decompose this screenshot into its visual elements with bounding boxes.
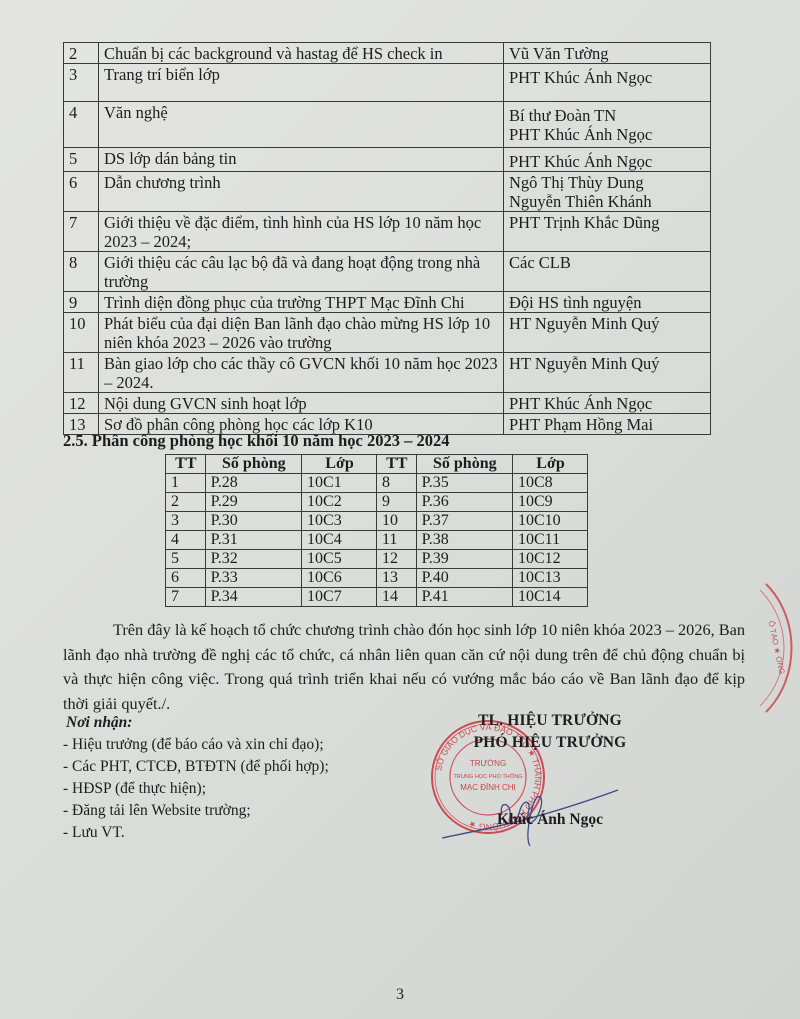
header-tt: TT xyxy=(376,455,416,474)
room-row: 3P.3010C310P.3710C10 xyxy=(166,512,588,531)
room-number: P.28 xyxy=(205,474,301,493)
task-owner: HT Nguyễn Minh Quý xyxy=(504,353,711,393)
room-tt: 6 xyxy=(166,569,206,588)
task-number: 5 xyxy=(64,148,99,172)
room-tt: 4 xyxy=(166,531,206,550)
recipients-title: Nơi nhận: xyxy=(63,712,329,734)
task-row: 11Bàn giao lớp cho các thầy cô GVCN khối… xyxy=(64,353,711,393)
owner-name: PHT Khúc Ánh Ngọc xyxy=(509,68,706,87)
task-description: Chuẩn bị các background và hastag để HS … xyxy=(99,43,504,64)
class-name: 10C2 xyxy=(302,493,377,512)
page-number: 3 xyxy=(396,986,404,1004)
room-row: 6P.3310C613P.4010C13 xyxy=(166,569,588,588)
task-row: 10Phát biểu của đại diện Ban lãnh đạo ch… xyxy=(64,313,711,353)
class-name: 10C13 xyxy=(513,569,588,588)
task-owner: PHT Phạm Hồng Mai xyxy=(504,414,711,435)
class-name: 10C3 xyxy=(302,512,377,531)
task-number: 4 xyxy=(64,102,99,148)
room-table-header-row: TT Số phòng Lớp TT Số phòng Lớp xyxy=(166,455,588,474)
task-row: 6Dẫn chương trìnhNgô Thị Thùy DungNguyễn… xyxy=(64,172,711,212)
room-row: 7P.3410C714P.4110C14 xyxy=(166,588,588,607)
room-number: P.32 xyxy=(205,550,301,569)
room-tt: 10 xyxy=(376,512,416,531)
task-row: 4Văn nghệBí thư Đoàn TNPHT Khúc Ánh Ngọc xyxy=(64,102,711,148)
owner-name: HT Nguyễn Minh Quý xyxy=(509,314,706,333)
signature-line1: TL. HIỆU TRƯỞNG xyxy=(445,710,655,732)
task-row: 2Chuẩn bị các background và hastag để HS… xyxy=(64,43,711,64)
task-row: 12Nội dung GVCN sinh hoạt lớpPHT Khúc Án… xyxy=(64,393,711,414)
task-description: Dẫn chương trình xyxy=(99,172,504,212)
document-page: 2Chuẩn bị các background và hastag để HS… xyxy=(0,0,800,1019)
owner-name: Đội HS tình nguyện xyxy=(509,293,706,312)
task-owner: PHT Khúc Ánh Ngọc xyxy=(504,393,711,414)
class-name: 10C4 xyxy=(302,531,377,550)
class-name: 10C5 xyxy=(302,550,377,569)
recipient-item: - Các PHT, CTCĐ, BTĐTN (để phối hợp); xyxy=(63,756,329,778)
room-number: P.38 xyxy=(416,531,512,550)
signer-name: Khúc Ánh Ngọc xyxy=(445,811,655,829)
task-description: Phát biểu của đại diện Ban lãnh đạo chào… xyxy=(99,313,504,353)
room-tt: 1 xyxy=(166,474,206,493)
room-row: 4P.3110C411P.3810C11 xyxy=(166,531,588,550)
task-owner: PHT Khúc Ánh Ngọc xyxy=(504,148,711,172)
class-name: 10C6 xyxy=(302,569,377,588)
section-heading: 2.5. Phân công phòng học khối 10 năm học… xyxy=(63,431,449,451)
room-tt: 5 xyxy=(166,550,206,569)
owner-name: Bí thư Đoàn TN xyxy=(509,106,706,125)
svg-text:Ô TẠO ★ ÒNG: Ô TẠO ★ ÒNG xyxy=(766,620,786,675)
task-owner: Các CLB xyxy=(504,252,711,292)
room-tt: 2 xyxy=(166,493,206,512)
recipient-item: - Đăng tải lên Website trường; xyxy=(63,800,329,822)
task-row: 8Giới thiệu các câu lạc bộ đã và đang ho… xyxy=(64,252,711,292)
task-description: Giới thiệu về đặc điểm, tình hình của HS… xyxy=(99,212,504,252)
room-number: P.41 xyxy=(416,588,512,607)
owner-name: Vũ Văn Tường xyxy=(509,44,706,63)
recipients-list: - Hiệu trưởng (để báo cáo và xin chỉ đạo… xyxy=(63,734,329,844)
task-owner: HT Nguyễn Minh Quý xyxy=(504,313,711,353)
owner-name: PHT Khúc Ánh Ngọc xyxy=(509,152,706,171)
task-number: 12 xyxy=(64,393,99,414)
owner-name: PHT Trịnh Khắc Dũng xyxy=(509,213,706,232)
room-number: P.40 xyxy=(416,569,512,588)
task-number: 9 xyxy=(64,292,99,313)
owner-name: Các CLB xyxy=(509,253,706,272)
task-number: 10 xyxy=(64,313,99,353)
task-description: Nội dung GVCN sinh hoạt lớp xyxy=(99,393,504,414)
closing-paragraph: Trên đây là kế hoạch tổ chức chương trìn… xyxy=(63,618,745,716)
task-number: 3 xyxy=(64,64,99,102)
page-edge-seal-icon: Ô TẠO ★ ÒNG xyxy=(756,578,800,718)
header-tt: TT xyxy=(166,455,206,474)
task-description: Trang trí biển lớp xyxy=(99,64,504,102)
class-name: 10C12 xyxy=(513,550,588,569)
class-name: 10C7 xyxy=(302,588,377,607)
header-class: Lớp xyxy=(513,455,588,474)
owner-name: HT Nguyễn Minh Quý xyxy=(509,354,706,373)
class-name: 10C1 xyxy=(302,474,377,493)
task-owner: Vũ Văn Tường xyxy=(504,43,711,64)
class-name: 10C9 xyxy=(513,493,588,512)
signature-line2: PHÓ HIỆU TRƯỞNG xyxy=(445,732,655,754)
room-tt: 9 xyxy=(376,493,416,512)
owner-name: Ngô Thị Thùy Dung xyxy=(509,173,706,192)
class-name: 10C8 xyxy=(513,474,588,493)
task-owner: Bí thư Đoàn TNPHT Khúc Ánh Ngọc xyxy=(504,102,711,148)
room-row: 1P.2810C18P.3510C8 xyxy=(166,474,588,493)
room-tt: 14 xyxy=(376,588,416,607)
room-tt: 3 xyxy=(166,512,206,531)
room-assignment-table: TT Số phòng Lớp TT Số phòng Lớp 1P.2810C… xyxy=(165,454,588,607)
task-number: 2 xyxy=(64,43,99,64)
room-number: P.35 xyxy=(416,474,512,493)
closing-text: Trên đây là kế hoạch tổ chức chương trìn… xyxy=(63,620,745,713)
room-tt: 12 xyxy=(376,550,416,569)
task-owner: Ngô Thị Thùy DungNguyễn Thiên Khánh xyxy=(504,172,711,212)
room-number: P.34 xyxy=(205,588,301,607)
room-tt: 13 xyxy=(376,569,416,588)
room-tt: 7 xyxy=(166,588,206,607)
room-number: P.37 xyxy=(416,512,512,531)
header-class: Lớp xyxy=(302,455,377,474)
task-number: 11 xyxy=(64,353,99,393)
room-number: P.29 xyxy=(205,493,301,512)
room-row: 5P.3210C512P.3910C12 xyxy=(166,550,588,569)
task-description: Giới thiệu các câu lạc bộ đã và đang hoạ… xyxy=(99,252,504,292)
task-number: 6 xyxy=(64,172,99,212)
task-row: 5DS lớp dán bảng tinPHT Khúc Ánh Ngọc xyxy=(64,148,711,172)
signature-block: TL. HIỆU TRƯỞNG PHÓ HIỆU TRƯỞNG Khúc Ánh… xyxy=(445,710,655,829)
room-number: P.33 xyxy=(205,569,301,588)
task-row: 3Trang trí biển lớpPHT Khúc Ánh Ngọc xyxy=(64,64,711,102)
header-room: Số phòng xyxy=(205,455,301,474)
recipient-item: - HĐSP (để thực hiện); xyxy=(63,778,329,800)
task-description: Trình diện đồng phục của trường THPT Mạc… xyxy=(99,292,504,313)
room-row: 2P.2910C29P.3610C9 xyxy=(166,493,588,512)
owner-name: PHT Phạm Hồng Mai xyxy=(509,415,706,434)
room-tt: 11 xyxy=(376,531,416,550)
room-tt: 8 xyxy=(376,474,416,493)
recipient-item: - Lưu VT. xyxy=(63,822,329,844)
task-row: 7Giới thiệu về đặc điểm, tình hình của H… xyxy=(64,212,711,252)
header-room: Số phòng xyxy=(416,455,512,474)
task-owner: Đội HS tình nguyện xyxy=(504,292,711,313)
task-row: 9Trình diện đồng phục của trường THPT Mạ… xyxy=(64,292,711,313)
class-name: 10C11 xyxy=(513,531,588,550)
recipient-item: - Hiệu trưởng (để báo cáo và xin chỉ đạo… xyxy=(63,734,329,756)
owner-name: PHT Khúc Ánh Ngọc xyxy=(509,125,706,144)
room-number: P.30 xyxy=(205,512,301,531)
task-description: Văn nghệ xyxy=(99,102,504,148)
room-number: P.36 xyxy=(416,493,512,512)
owner-name: PHT Khúc Ánh Ngọc xyxy=(509,394,706,413)
task-description: DS lớp dán bảng tin xyxy=(99,148,504,172)
class-name: 10C10 xyxy=(513,512,588,531)
class-name: 10C14 xyxy=(513,588,588,607)
recipients-block: Nơi nhận: - Hiệu trưởng (để báo cáo và x… xyxy=(63,712,329,844)
task-number: 7 xyxy=(64,212,99,252)
task-owner: PHT Khúc Ánh Ngọc xyxy=(504,64,711,102)
room-number: P.39 xyxy=(416,550,512,569)
room-number: P.31 xyxy=(205,531,301,550)
owner-name: Nguyễn Thiên Khánh xyxy=(509,192,706,211)
task-number: 8 xyxy=(64,252,99,292)
task-description: Bàn giao lớp cho các thầy cô GVCN khối 1… xyxy=(99,353,504,393)
task-assignment-table: 2Chuẩn bị các background và hastag để HS… xyxy=(63,42,711,435)
task-owner: PHT Trịnh Khắc Dũng xyxy=(504,212,711,252)
